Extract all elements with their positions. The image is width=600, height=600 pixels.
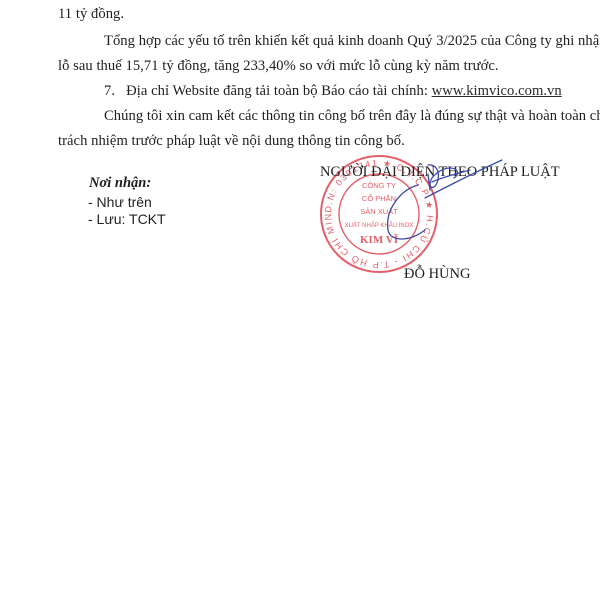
paragraph-line: Tổng hợp các yếu tố trên khiến kết quả k… [104,32,600,50]
recipients-title: Nơi nhận: [89,174,151,192]
paragraph-line: lỗ sau thuế 15,71 tỷ đồng, tăng 233,40% … [58,57,499,75]
list-item-7: 7. Địa chỉ Website đăng tải toàn bộ Báo … [104,82,562,100]
list-text: Địa chỉ Website đăng tải toàn bộ Báo cáo… [126,83,432,99]
paragraph-line: 11 tỷ đồng. [58,5,124,23]
website-link[interactable]: www.kimvico.com.vn [432,83,562,99]
paragraph-line: Chúng tôi xin cam kết các thông tin công… [104,107,600,125]
list-number: 7. [104,83,115,99]
signer-name: ĐỖ HÙNG [404,266,470,283]
paragraph-line: trách nhiệm trước pháp luật về nội dung … [58,132,405,150]
recipient-item: - Lưu: TCKT [88,210,166,228]
handwritten-signature [380,150,530,240]
recipient-item: - Như trên [88,193,152,211]
